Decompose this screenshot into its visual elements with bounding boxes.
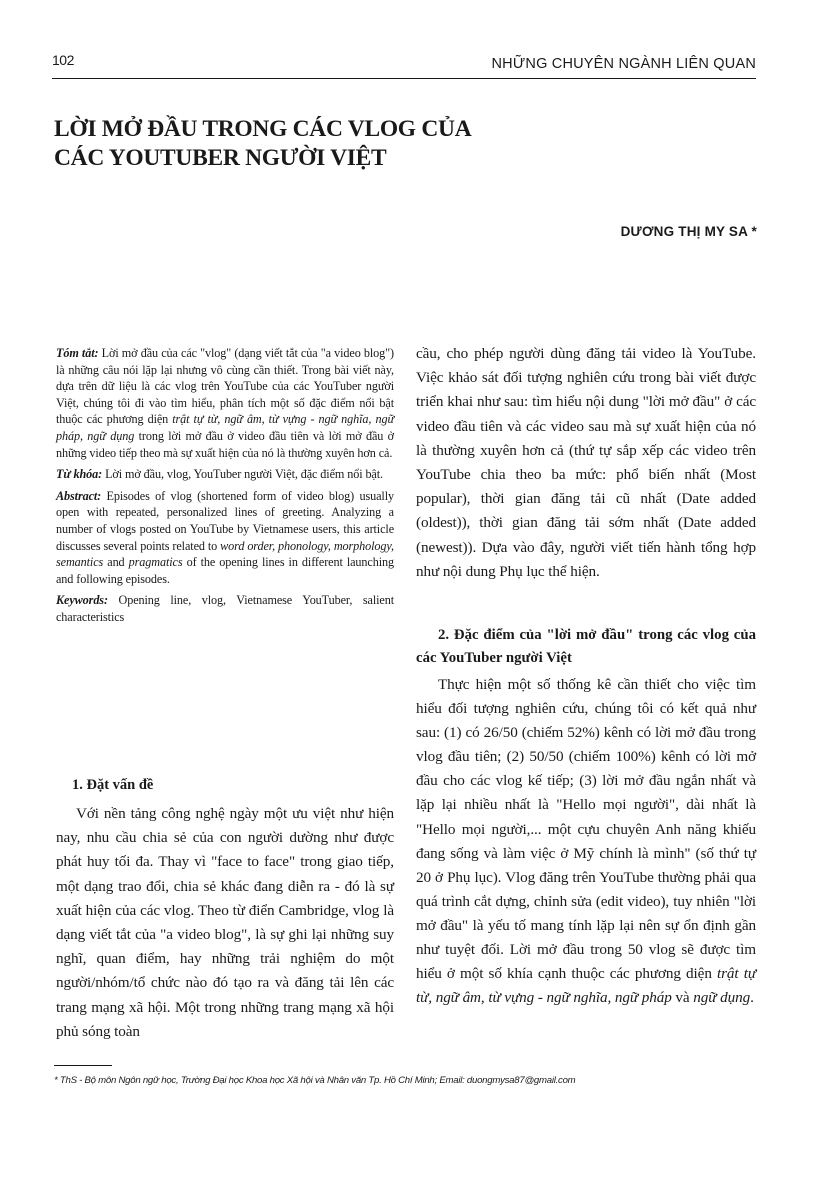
article-title-line-2: CÁC YOUTUBER NGƯỜI VIỆT [54,144,614,173]
abstract-english: Abstract: Episodes of vlog (shortened fo… [56,488,394,588]
article-title: LỜI MỞ ĐẦU TRONG CÁC VLOG CỦA CÁC YOUTUB… [54,115,614,173]
author-footnote: * ThS - Bộ môn Ngôn ngữ học, Trường Đại … [54,1075,794,1086]
abstract-en-italic-pragmatics: pragmatics [129,555,183,569]
article-title-line-1: LỜI MỞ ĐẦU TRONG CÁC VLOG CỦA [54,115,614,144]
page-number: 102 [52,52,74,68]
section-2-italic-pragmatics: ngữ dụng [693,989,750,1006]
section-2-period: . [750,989,754,1006]
keywords-en-label: Keywords: [56,593,108,607]
section-1-heading: 1. Đặt vấn đề [72,777,153,794]
section-2-heading: 2. Đặc điểm của "lời mở đầu" trong các v… [416,624,756,670]
author-name: DƯƠNG THỊ MY SA * [621,224,757,239]
section-1-paragraph-right: cầu, cho phép người dùng đăng tải video … [416,342,756,584]
keywords-vietnamese: Từ khóa: Lời mở đầu, vlog, YouTuber ngườ… [56,466,394,483]
abstract-vi-label: Tóm tắt: [56,346,98,360]
section-1-paragraph-left: Với nền tảng công nghệ ngày một ưu việt … [56,802,394,1044]
keywords-vi-label: Từ khóa: [56,467,102,481]
running-header: 102 NHỮNG CHUYÊN NGÀNH LIÊN QUAN [52,52,756,79]
abstract-vietnamese: Tóm tắt: Lời mở đầu của các "vlog" (dạng… [56,345,394,461]
running-section-title: NHỮNG CHUYÊN NGÀNH LIÊN QUAN [491,56,756,72]
keywords-english: Keywords: Opening line, vlog, Vietnamese… [56,592,394,625]
section-2-paragraph: Thực hiện một số thống kê cần thiết cho … [416,673,756,1010]
abstract-en-label: Abstract: [56,489,101,503]
abstract-en-and: and [103,555,128,569]
footnote-divider [54,1065,112,1066]
keywords-vi-text: Lời mở đầu, vlog, YouTuber người Việt, đ… [102,467,383,481]
section-2-and: và [672,989,694,1006]
abstract-block: Tóm tắt: Lời mở đầu của các "vlog" (dạng… [56,345,394,631]
section-2-text: Thực hiện một số thống kê cần thiết cho … [416,676,756,982]
